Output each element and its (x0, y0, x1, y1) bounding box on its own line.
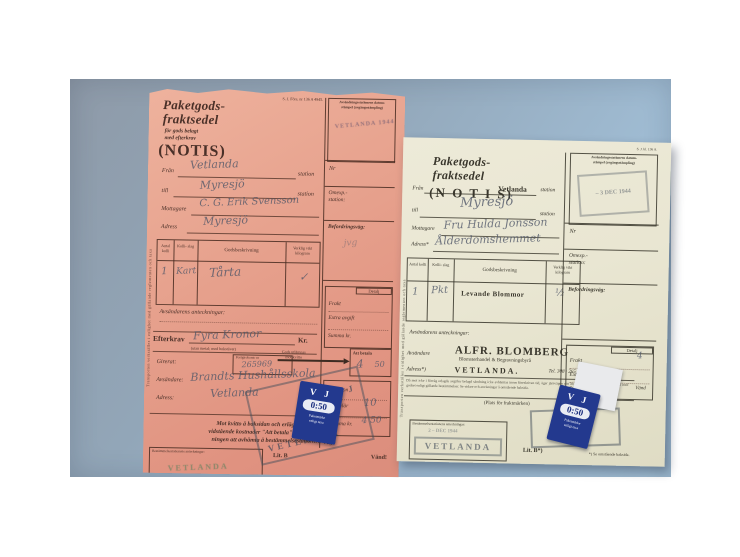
photo-background: Transporten verkställes i enlighet med g… (70, 79, 671, 477)
goods-table: Antal kolli Kolli- slag Godsbeskrivning … (156, 239, 321, 308)
date-stamp-box: Avsändningsstationens datum- stämpel (av… (327, 98, 396, 163)
extra-label: Extra avgift (328, 315, 354, 321)
date-stamp-box2-label2: stämpel (avgångsstämpling) (573, 160, 655, 166)
date-stamp-box-label2: stämpel (avgångsstämpling) (331, 105, 393, 110)
address-label2: Adress* (411, 241, 429, 247)
faint-date-stamp: VETLANDA 1944 (335, 119, 395, 130)
bottom-date-stamp: 2 – DEC 1944 (428, 429, 457, 435)
row-slag-hw: Kart (176, 266, 196, 277)
to-handwriting: Myresjö (199, 177, 244, 192)
form-number2: S. J. bl. 136 A. (573, 146, 657, 152)
cod-sub-label: (utan öretal; med bokstäver) (191, 346, 236, 352)
sender-company-name: ALFR. BLOMBERG (455, 344, 569, 358)
nr-label2: Nr (569, 229, 575, 235)
row-gods-hw: Tårta (209, 265, 241, 280)
omexp-label1: Omexp.- (329, 190, 348, 196)
omexp-label2: station: (328, 197, 345, 203)
from-label: Från (162, 168, 174, 174)
frakt-label: Frakt (329, 301, 341, 307)
girerat-label: Girerat: (157, 359, 177, 365)
consignee-handwriting: C. G. Erik Svensson (199, 195, 299, 209)
col-verklig-vikt: Verklig vikt kilogram (287, 245, 317, 256)
route-label2: Befordringsväg: (568, 287, 605, 294)
lit-label2: Lit. B*) (523, 448, 543, 454)
row2-slag-hw: Pkt (431, 285, 448, 297)
vj-parcel-stamp: V J 0:50 Paketmärke enligt taxa (291, 381, 344, 445)
from-label2: Från (412, 185, 423, 191)
consignee-label2: Mottagare (411, 225, 434, 231)
detalj-header: Detalj (356, 287, 392, 295)
summa-label: Summa kr. (328, 333, 351, 339)
address2-label2: Adress*) (406, 366, 425, 372)
freight-note-pink: Transporten verkställes i enlighet med g… (143, 87, 406, 477)
doc-title-line2: fraktsedel (163, 112, 219, 126)
charges-box: Detalj Frakt Extra avgift Summa kr. (324, 286, 393, 349)
address2-label: Adress: (156, 395, 174, 401)
omexp-label3: Omexp.- (569, 253, 588, 259)
to-handwriting2: Myresjö (460, 194, 514, 211)
doc-title-line1: Paketgods- (163, 98, 225, 112)
turn-over-label2: Vänd (635, 386, 646, 391)
address-label: Adress (161, 224, 177, 230)
destination-notes-label2: Bestämmelsestationens anteckningar: (412, 421, 465, 426)
consignee-label: Mottagare (161, 206, 186, 212)
col-godsbeskrivning: Godsbeskrivning (200, 248, 284, 254)
date-stamp-imprint: – 3 DEC 1944 (577, 170, 650, 217)
att-betala-label: Att betala (353, 350, 372, 355)
footnote: *) Se omstående baksida. (589, 451, 630, 457)
route-label: Befordringsväg: (328, 224, 365, 231)
from-preprinted: Vetlanda (498, 184, 527, 194)
to-label: till (162, 188, 169, 194)
detalj-hw: 4 (637, 351, 643, 361)
consignee-handwriting2: Fru Hulda Jonsson (443, 216, 547, 232)
station-label: station (298, 171, 314, 177)
sender-label: Avsändare: (156, 377, 183, 383)
stamps-place-label: (Plats för fraktmärken) (484, 401, 530, 407)
form-number: S. J. Förs. nr 136 A 4945. (237, 95, 323, 102)
detalj-header2: Detalj (611, 347, 653, 355)
destination-notes-label: Bestämmelsestationens anteckningar: (152, 449, 205, 454)
cod-label: Efterkrav (153, 334, 185, 344)
nr-label: Nr (329, 166, 335, 172)
destination-notes-box2: Bestämmelsestationens anteckningar: 2 – … (409, 419, 508, 461)
omexp-label4: station: (569, 260, 586, 266)
row2-antal-hw: 1 (412, 286, 419, 297)
sender-company-line2: Blomsterhandel & Begravningsbyrå (459, 357, 531, 364)
sender-notes-label2: Avsändarens anteckningar: (409, 329, 469, 336)
station-label3: station (540, 187, 555, 193)
side-rotated-text: Transporten verkställes i enlighet med g… (145, 137, 154, 387)
faint-green-stamp: VETLANDA (168, 462, 229, 473)
col2-gods: Godsbeskrivning (456, 267, 544, 274)
doc2-title-line1: Paketgods- (433, 155, 491, 169)
col-antal-kolli: Antal kolli (158, 243, 172, 253)
row-vikt-hw: ✓ (299, 270, 309, 283)
destination-notes-box: Bestämmelsestationens anteckningar: VETL… (148, 447, 263, 477)
col2-slag: Kolli- slag (430, 262, 452, 267)
date-stamp-box2: Avsändningsstationens datum- stämpel (av… (569, 153, 658, 227)
row2-gods-preprinted: Levande Blommor (461, 289, 524, 298)
col-kolli-slag: Kolli- slag (176, 243, 196, 248)
photo-page: Transporten verkställes i enlighet med g… (0, 0, 740, 557)
cod-amount-words-hw: Fyra Kronor (193, 327, 262, 342)
att-betala-ore-hw: 50 (374, 360, 384, 369)
sender-notes-label: Avsändarens anteckningar: (159, 309, 225, 316)
from-handwriting: Vetlanda (190, 157, 239, 172)
col2-antal: Antal kolli (409, 261, 427, 266)
sender-label2: Avsändare (407, 350, 430, 356)
goods-table2: Antal kolli Kolli- slag Godsbeskrivning … (406, 257, 581, 325)
goods-released-note: Gods utlämnas mot kvitto (274, 349, 314, 360)
route-handwriting: jvg (344, 238, 358, 248)
sender-city: VETLANDA. (454, 365, 519, 375)
doc2-title-line2: fraktsedel (432, 169, 484, 183)
vetlanda-stamp: VETLANDA (414, 437, 502, 457)
freight-note-cream: Transporten verkställes i enlighet med g… (397, 137, 672, 467)
turn-over-label: Vänd! (371, 455, 387, 461)
row-antal-hw: 1 (161, 266, 168, 277)
doc-subtitle-line1: för gods belagt (165, 128, 199, 135)
doc-subtitle-line2: med efterkrav (164, 135, 195, 142)
kr-label: Kr. (298, 336, 308, 344)
address-handwriting: Myresjö (203, 213, 248, 228)
to-label2: till (412, 207, 418, 213)
address-handwriting2: Ålderdomshemmet (435, 231, 541, 247)
station-label2: station (297, 191, 313, 197)
vj-value: 0:50 (302, 398, 335, 414)
